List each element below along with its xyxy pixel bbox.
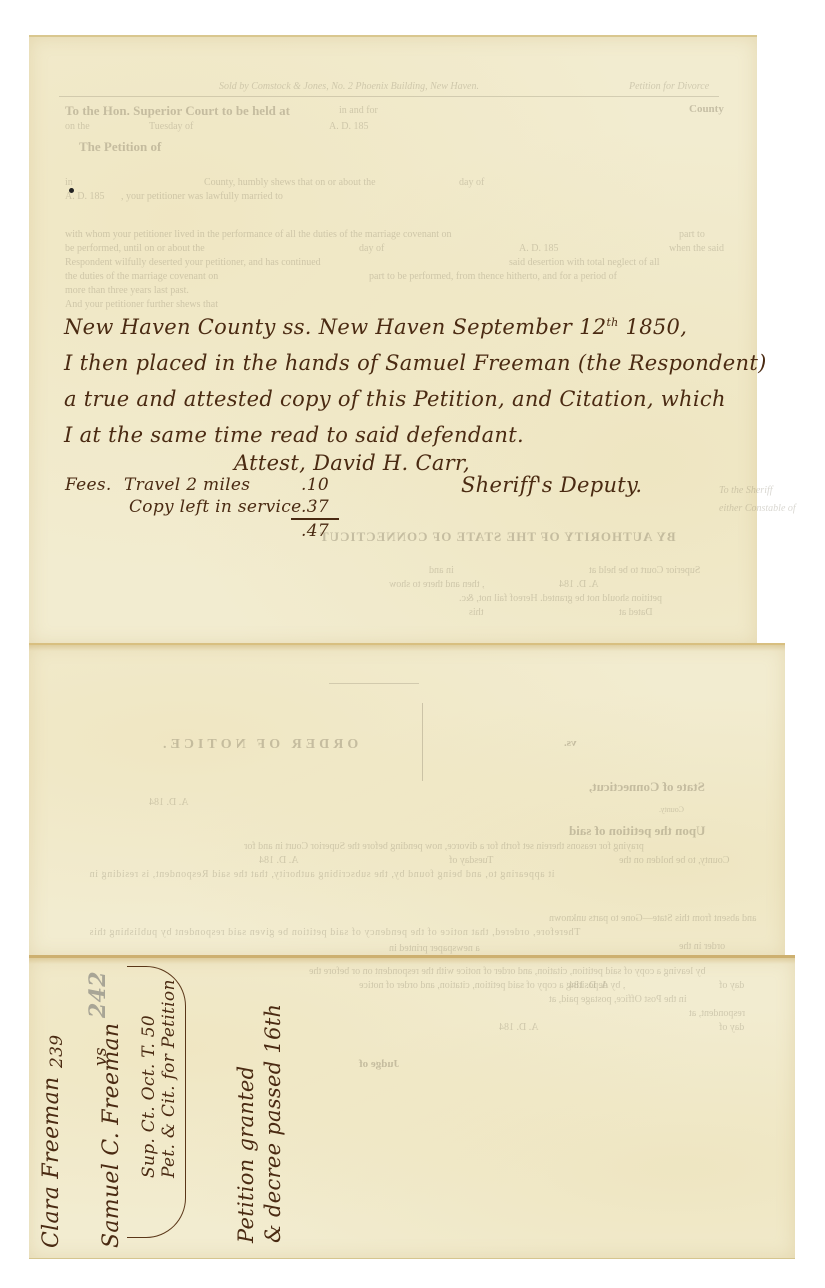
fees-total: .47 bbox=[301, 521, 329, 541]
vs-label: vs. bbox=[564, 737, 577, 749]
form-to-sheriff: To the Sheriff bbox=[719, 485, 773, 496]
upon-petition: Upon the petition of said bbox=[569, 823, 706, 839]
bottom-panel-docket: by leaving a copy of said petition, cita… bbox=[29, 955, 795, 1259]
fees-sum-rule bbox=[291, 518, 339, 520]
form-para-3b: said desertion with total neglect of all bbox=[509, 257, 660, 268]
return-line-1: New Haven County ss. New Haven September… bbox=[64, 315, 687, 339]
form-para-1: with whom your petitioner lived in the p… bbox=[65, 229, 452, 240]
docket-court: Sup. Ct. Oct. T. 50 bbox=[139, 1015, 159, 1178]
sheriff-deputy-title: Sheriff's Deputy. bbox=[461, 473, 642, 497]
form-para-4b: part to be performed, from thence hither… bbox=[369, 271, 617, 282]
notice-line-5: day of bbox=[719, 1022, 744, 1033]
outcome-decree-passed: & decree passed 16th bbox=[261, 1004, 285, 1243]
form-tuesday: Tuesday of bbox=[149, 121, 193, 132]
form-para-2b: day of bbox=[359, 243, 384, 254]
form-in-and-for: in and for bbox=[339, 105, 378, 116]
form-day-of: day of bbox=[459, 177, 484, 188]
form-para-3: Respondent wilfully deserted your petiti… bbox=[65, 257, 321, 268]
order-line-4: and absent from this State—Gone to parts… bbox=[549, 913, 756, 924]
notice-line-2: day of bbox=[719, 980, 744, 991]
fold-crease bbox=[29, 958, 795, 964]
docket-plaintiff: Clara Freeman bbox=[39, 1077, 64, 1248]
order-line-5: Therefore, ordered, that notice of the p… bbox=[89, 927, 580, 938]
fee-copy-amount: .37 bbox=[301, 497, 329, 517]
docket-number: 239 bbox=[47, 1035, 67, 1068]
pencil-number: 242 bbox=[85, 971, 111, 1018]
form-county-shews: County, humbly shews that on or about th… bbox=[204, 177, 376, 188]
form-address: To the Hon. Superior Court to be held at bbox=[65, 103, 290, 119]
form-ad-year: A. D. 185 bbox=[329, 121, 368, 132]
judge-of: Judge of bbox=[359, 1058, 399, 1070]
order-line-6: order in the bbox=[679, 941, 725, 952]
form-para-2: be performed, until on or about the bbox=[65, 243, 205, 254]
order-line-2: County, to be holden on the bbox=[619, 855, 729, 866]
order-ad: A. D. 184 bbox=[149, 797, 188, 808]
form-para-2c: A. D. 185 bbox=[519, 243, 558, 254]
order-line-6b: a newspaper printed in bbox=[389, 943, 480, 954]
form-married: , your petitioner was lawfully married t… bbox=[121, 191, 283, 202]
return-line-2: I then placed in the hands of Samuel Fre… bbox=[64, 351, 767, 375]
notice-line-5c: A. D. 184 bbox=[499, 1022, 538, 1033]
form-this: this bbox=[469, 607, 483, 618]
top-panel-petition: Petition for Divorce Sold by Comstock & … bbox=[29, 35, 757, 645]
form-header-right: Sold by Comstock & Jones, No. 2 Phoenix … bbox=[219, 81, 479, 92]
form-header-left: Petition for Divorce bbox=[629, 81, 709, 92]
notice-line-3: in the Post Office, postage paid, at bbox=[549, 994, 687, 1005]
order-line-2b: Tuesday of bbox=[449, 855, 493, 866]
form-para-4: the duties of the marriage covenant on bbox=[65, 271, 218, 282]
notice-line-1: by leaving a copy of said petition, cita… bbox=[309, 966, 706, 977]
notice-line-2c: , by depositing a copy of said petition,… bbox=[359, 980, 625, 991]
form-constable: either Constable of bbox=[719, 503, 796, 514]
state-of-connecticut: State of Connecticut, bbox=[589, 779, 705, 795]
ornament-rule bbox=[329, 683, 419, 684]
return-line-3: a true and attested copy of this Petitio… bbox=[64, 387, 726, 411]
fee-copy-item: Copy left in service bbox=[129, 497, 301, 517]
order-line-2c: A. D. 184 bbox=[259, 855, 298, 866]
folded-document: Petition for Divorce Sold by Comstock & … bbox=[29, 35, 795, 1255]
fees-label: Fees. bbox=[65, 475, 112, 495]
order-line-3: it appearing to, and being found by, the… bbox=[89, 869, 554, 880]
middle-panel-order-of-notice: ORDER OF NOTICE. vs. State of Connecticu… bbox=[29, 643, 785, 957]
return-line-1-text: New Haven County ss. New Haven September… bbox=[64, 315, 606, 339]
notice-line-4: respondent, at bbox=[689, 1008, 745, 1019]
form-then-there: , then and there to show bbox=[389, 579, 485, 590]
attest-signature: Attest, David H. Carr, bbox=[234, 451, 470, 475]
fold-crease bbox=[29, 645, 785, 651]
form-on-the: on the bbox=[65, 121, 90, 132]
order-of-notice-title: ORDER OF NOTICE. bbox=[159, 737, 358, 753]
docket-filing: Pet. & Cit. for Petition bbox=[159, 979, 179, 1178]
return-line-1-year: 1850, bbox=[626, 315, 688, 339]
fee-travel-item: Travel 2 miles bbox=[124, 475, 250, 495]
header-rule bbox=[59, 96, 719, 97]
return-line-4: I at the same time read to said defendan… bbox=[64, 423, 524, 447]
return-line-1-sup: th bbox=[606, 316, 618, 329]
form-in: in bbox=[65, 177, 73, 188]
docket-defendant: Samuel C. Freeman bbox=[99, 1023, 124, 1248]
form-ad-184: A. D. 184 bbox=[559, 579, 598, 590]
ink-spot bbox=[69, 188, 74, 193]
order-county: County. bbox=[659, 805, 684, 814]
form-authority-heading: BY AUTHORITY OF THE STATE OF CONNECTICUT bbox=[319, 529, 676, 545]
form-petition-of: The Petition of bbox=[79, 139, 161, 155]
form-granted: petition should not be granted. Hereof f… bbox=[459, 593, 662, 604]
form-county: County bbox=[689, 103, 724, 115]
fee-travel-amount: .10 bbox=[301, 475, 329, 495]
outcome-petition-granted: Petition granted bbox=[234, 1066, 258, 1243]
form-para-6: And your petitioner further shews that bbox=[65, 299, 218, 310]
form-para-2d: when the said bbox=[669, 243, 724, 254]
form-superior-court: Superior Court to be held at bbox=[589, 565, 700, 576]
form-para-5: more than three years last past. bbox=[65, 285, 189, 296]
form-dated-at: Dated at bbox=[619, 607, 653, 618]
order-line-1: praying for reasons therein set forth fo… bbox=[244, 841, 644, 852]
form-in-and: in and bbox=[429, 565, 454, 576]
form-part-to: part to bbox=[679, 229, 705, 240]
title-divider bbox=[422, 703, 423, 781]
